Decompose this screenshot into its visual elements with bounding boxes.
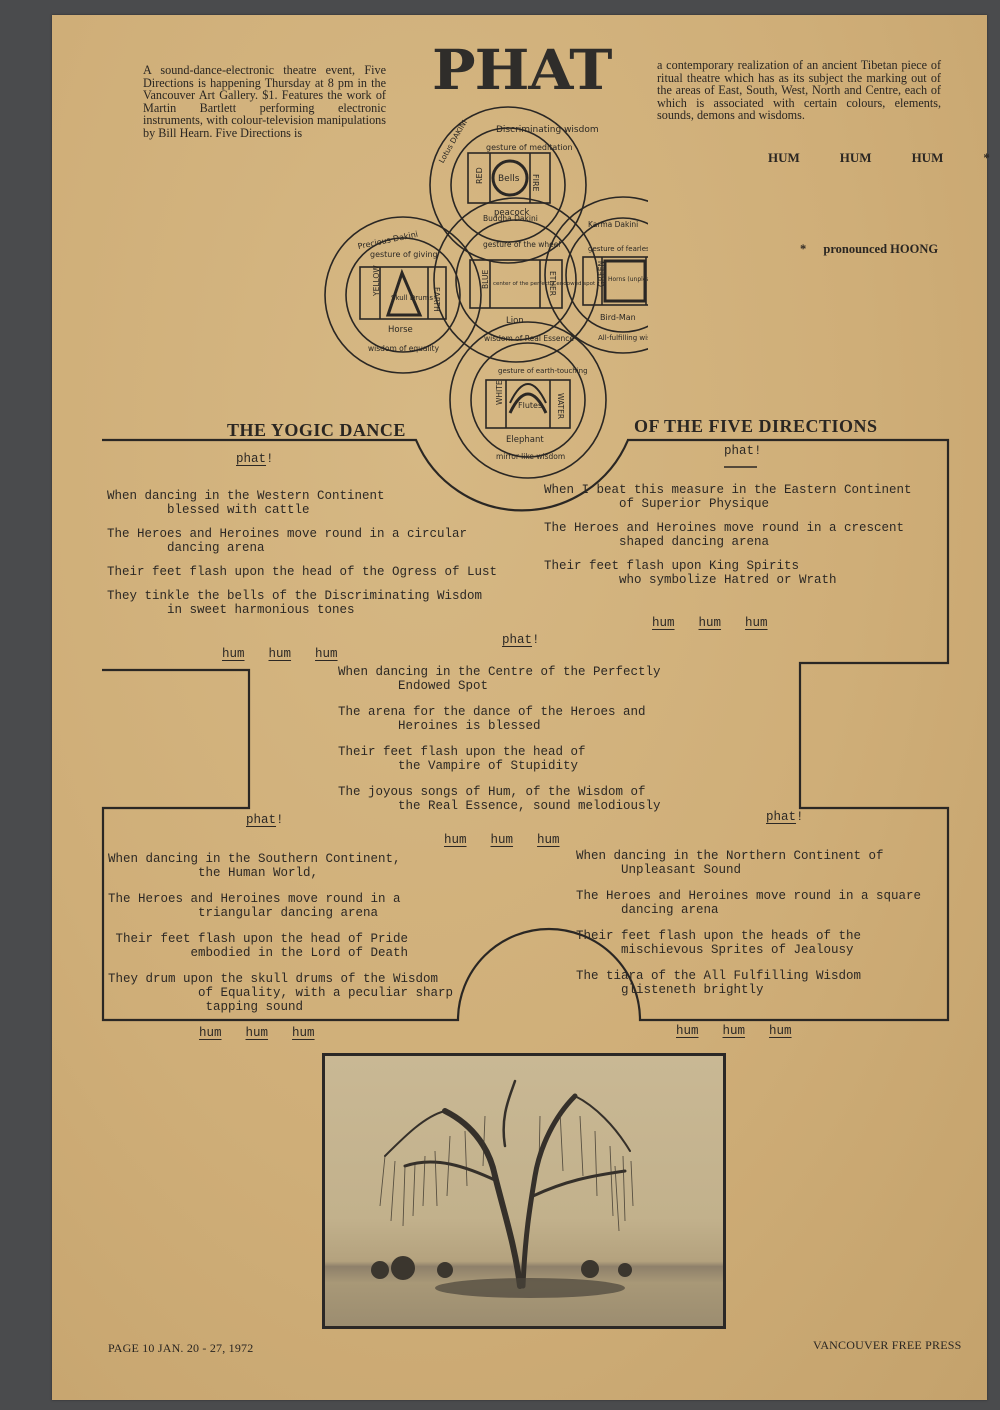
footer-page-date: PAGE 10 JAN. 20 - 27, 1972 <box>108 1341 253 1356</box>
mandala-east-gesture: gesture of fearlessness <box>588 245 648 253</box>
mandala-east-dakini: Karma Dakini <box>588 220 638 229</box>
south-hum-chant: humhumhum <box>199 1026 339 1040</box>
mandala-north-gesture: gesture of meditation <box>486 143 573 152</box>
east-verses: When I beat this measure in the Eastern … <box>544 483 912 587</box>
mandala-east-animal: Bird-Man <box>600 313 636 322</box>
verse: Their feet flash upon King Spirits who s… <box>544 559 912 587</box>
mandala-west-dakini: Precious Dakini <box>357 230 419 252</box>
mandala-east-wisdom: All-fulfilling wisdom <box>598 334 648 342</box>
mandala-east-color: GREEN <box>597 261 606 287</box>
verse: Their feet flash upon the head of Pride … <box>108 932 453 960</box>
heading-five-directions: OF THE FIVE DIRECTIONS <box>634 416 878 437</box>
mandala-west-color: YELLOW <box>372 265 381 297</box>
verse: They drum upon the skull drums of the Wi… <box>108 972 453 1014</box>
mandala-north-element: FIRE <box>531 174 540 192</box>
verse: Their feet flash upon the heads of the m… <box>576 929 921 957</box>
mandala-centre-gesture: gesture of the wheel <box>483 240 560 249</box>
mandala-south-instrument: Flutes <box>518 401 542 410</box>
verse: When dancing in the Northern Continent o… <box>576 849 921 877</box>
mandala-south-wisdom: mirror-like wisdom <box>496 452 565 461</box>
verse: The joyous songs of Hum, of the Wisdom o… <box>338 785 661 813</box>
mandala-west-gesture: gesture of giving <box>370 250 438 259</box>
heading-yogic-dance: THE YOGIC DANCE <box>227 420 406 441</box>
mandala-north-instrument: Bells <box>498 174 520 184</box>
verse: When dancing in the Southern Continent, … <box>108 852 453 880</box>
north-verses: When dancing in the Northern Continent o… <box>576 849 921 997</box>
mandala-centre-wisdom: wisdom of Real Essence <box>484 334 574 343</box>
verse: The Heroes and Heroines move round in a … <box>108 892 453 920</box>
verse: The tiara of the All Fulfilling Wisdom g… <box>576 969 921 997</box>
south-phat: phat! <box>246 813 284 827</box>
mandala-north-color: RED <box>475 167 484 184</box>
verse: The Heroes and Heroines move round in a … <box>576 889 921 917</box>
west-hum-chant: humhumhum <box>222 647 362 661</box>
tree-silhouette <box>325 1056 723 1326</box>
mandala-centre-dakini: Buddha Dakini <box>483 214 538 223</box>
mandala-west-wisdom: wisdom of equality <box>368 344 440 353</box>
north-phat: phat! <box>766 810 804 824</box>
east-phat: phat! <box>724 444 762 458</box>
mandala-south-element: WATER <box>556 393 565 419</box>
willow-tree-photo <box>322 1053 726 1329</box>
verse: The Heroes and Heroines move round in a … <box>544 521 912 549</box>
footer-publication: VANCOUVER FREE PRESS <box>813 1338 961 1353</box>
verse: Their feet flash upon the head of the Va… <box>338 745 661 773</box>
mandala-south-animal: Elephant <box>506 435 544 445</box>
verse: When I beat this measure in the Eastern … <box>544 483 912 511</box>
mandala-west-element: EARTH <box>432 287 441 312</box>
centre-hum-chant: humhumhum <box>444 833 584 847</box>
verse: The Heroes and Heroines move round in a … <box>107 527 497 555</box>
east-hum-chant: humhumhum <box>652 616 792 630</box>
south-verses: When dancing in the Southern Continent, … <box>108 852 453 1014</box>
mandala-west-instrument: Skull Drums <box>391 294 433 302</box>
west-verses: When dancing in the Western Continent bl… <box>107 489 497 617</box>
centre-phat: phat! <box>502 633 540 647</box>
mandala-west-animal: Horse <box>388 325 413 335</box>
mandala-east-instrument: Horns (unpleasant sound) <box>608 276 648 283</box>
verse: When dancing in the Western Continent bl… <box>107 489 497 517</box>
mandala-centre-animal: Lion <box>506 316 524 326</box>
mandala-north-dakini: Lotus DAKINI <box>437 118 469 164</box>
mandala-centre-color: BLUE <box>481 270 490 289</box>
north-hum-chant: humhumhum <box>676 1024 816 1038</box>
centre-verses: When dancing in the Centre of the Perfec… <box>338 665 661 813</box>
west-phat: phat! <box>236 452 274 466</box>
verse: They tinkle the bells of the Discriminat… <box>107 589 497 617</box>
mandala-south-gesture: gesture of earth-touching <box>498 367 588 375</box>
verse: The arena for the dance of the Heroes an… <box>338 705 661 733</box>
verse: When dancing in the Centre of the Perfec… <box>338 665 661 693</box>
verse: Their feet flash upon the head of the Og… <box>107 565 497 579</box>
mandala-centre-spot: center of the perfectly endowed spot <box>493 281 596 287</box>
mandala-south-color: WHITE <box>495 380 504 405</box>
mandala-north-wisdom: Discriminating wisdom <box>496 125 599 135</box>
